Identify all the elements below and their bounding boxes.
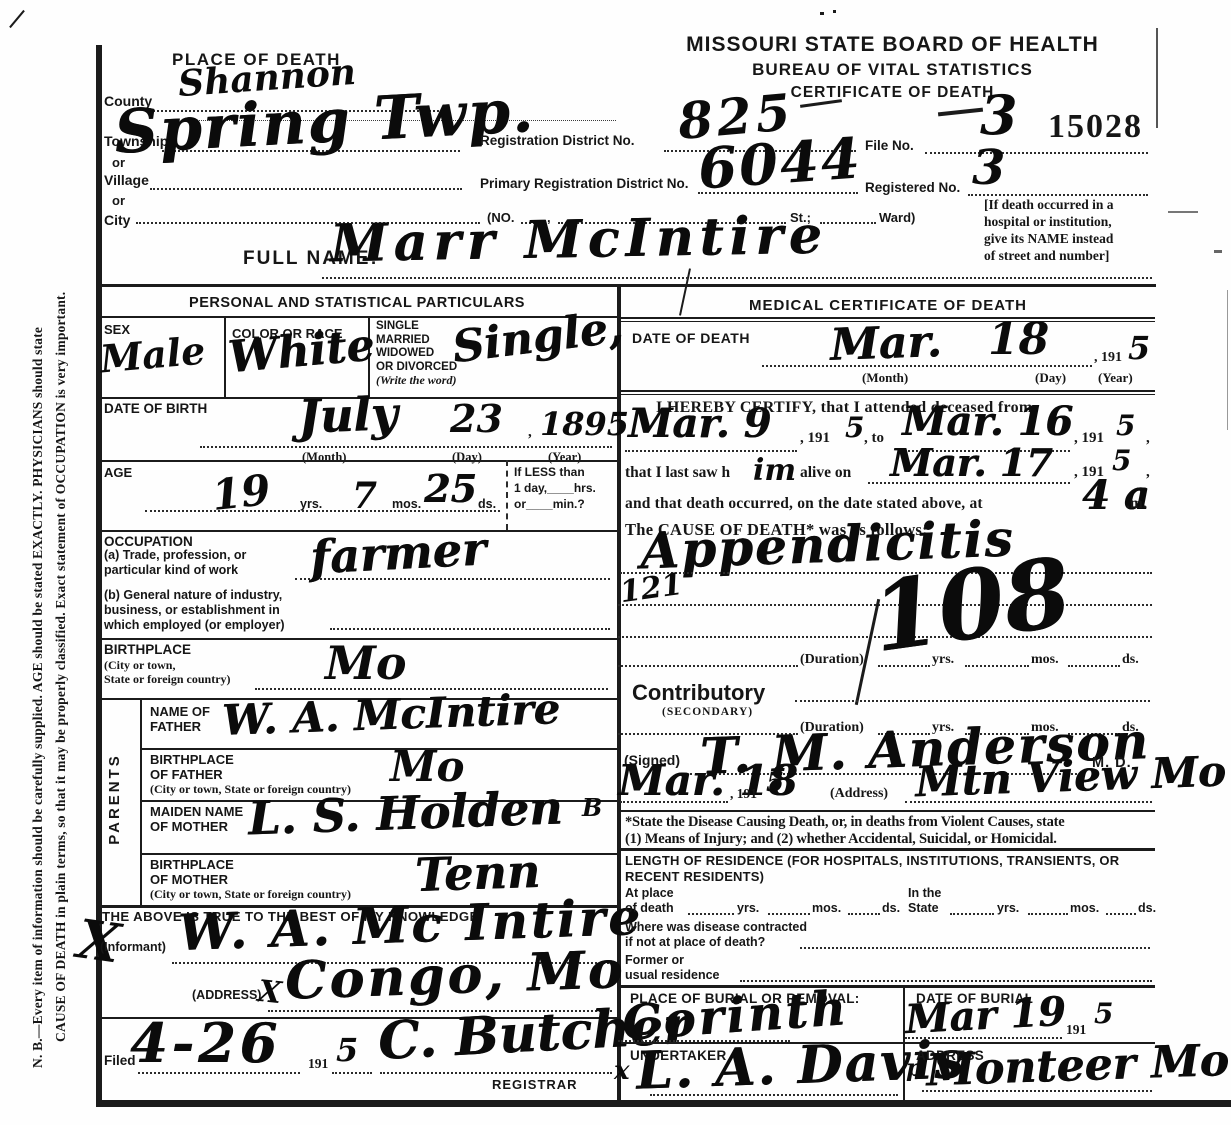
marital-line: WIDOWED (376, 347, 457, 361)
burial-year-handwriting: 5 (1094, 1000, 1113, 1028)
mos-label: mos. (1070, 901, 1099, 915)
date-of-death-label: DATE OF DEATH (632, 330, 750, 346)
father-bp-line: BIRTHPLACE (150, 752, 234, 767)
address-stray-mark: p (906, 1056, 923, 1080)
row-line (621, 394, 1155, 395)
to-label: , to (864, 430, 884, 447)
scan-artifact (1168, 211, 1198, 213)
registered-no-label: Registered No. (865, 180, 960, 195)
filed-year-handwriting: 5 (336, 1034, 358, 1066)
informant-address-handwriting: Congo, Mo (284, 944, 626, 1008)
father-birthplace-label: BIRTHPLACE OF FATHER (150, 752, 234, 782)
occ-b-line: (b) General nature of industry, (104, 588, 285, 603)
month-caption: (Month) (302, 450, 346, 465)
color-race-handwriting: White (226, 324, 376, 381)
ruled-line (1028, 913, 1068, 915)
row-line (621, 390, 1155, 392)
last-saw-statement: that I last saw h (625, 464, 730, 482)
bp-sub-line: (City or town, (104, 658, 231, 672)
scan-artifact (1156, 28, 1158, 128)
father-bp-line: OF FATHER (150, 767, 234, 782)
birth-year-handwriting: 1895 (540, 408, 629, 440)
row-line (140, 853, 618, 855)
cause-footnote: *State the Disease Causing Death, or, in… (625, 814, 1155, 848)
father-name-handwriting: W. A. McIntire (221, 688, 560, 742)
marital-line: MARRIED (376, 334, 457, 348)
hospital-note-line: [If death occurred in a (984, 196, 1156, 213)
alive-on-label: alive on (800, 464, 851, 482)
ruled-line (925, 152, 1148, 154)
marital-line: OR DIVORCED (376, 361, 457, 375)
filed-date-handwriting: 4-26 (130, 1016, 281, 1070)
occupation-label: OCCUPATION (104, 534, 193, 549)
ruled-line (795, 700, 1150, 702)
year-printed: 191 (1066, 1022, 1086, 1038)
file-no-handwriting: 3 (980, 88, 1018, 142)
hospital-note: [If death occurred in a hospital or inst… (984, 196, 1156, 264)
stray-mark: B (582, 796, 602, 820)
year-handwriting: 5 (1112, 447, 1131, 475)
bp-sub-line: State or foreign country) (104, 672, 231, 686)
medical-section-title: MEDICAL CERTIFICATE OF DEATH (621, 297, 1155, 314)
township-handwriting: Spring Twp. (113, 81, 536, 163)
ds-label: ds. (1122, 652, 1139, 668)
where-line: if not at place of death? (625, 935, 807, 950)
if-less-than-label: If LESS than 1 day,____hrs. or____min.? (514, 464, 596, 512)
occupation-handwriting: farmer (309, 525, 487, 580)
margin-note-outer: N. B.—Every item of information should b… (30, 33, 46, 1068)
ruled-line (150, 188, 462, 190)
birth-day-handwriting: 23 (450, 400, 503, 438)
registered-no-handwriting: 3 (972, 144, 1005, 192)
occ-a-line: particular kind of work (104, 563, 246, 578)
him-handwriting: im (753, 456, 796, 486)
city-label: City (104, 212, 130, 228)
row-line (96, 460, 618, 462)
death-certificate-scan: N. B.—Every item of information should b… (0, 0, 1231, 1125)
file-no-label: File No. (865, 138, 914, 153)
attended-from-handwriting: Mar. 9 (628, 404, 771, 444)
death-occurred-statement: and that death occurred, on the date sta… (625, 495, 983, 513)
in-state-label: In the State (908, 886, 941, 916)
ruled-line (688, 913, 734, 915)
mother-bp-line: OF MOTHER (150, 872, 234, 887)
board-title: MISSOURI STATE BOARD OF HEALTH (630, 33, 1155, 57)
ds-label: ds. (1138, 901, 1156, 915)
row-line (621, 848, 1155, 851)
yrs-label: yrs. (997, 901, 1019, 915)
footnote-line: *State the Disease Causing Death, or, in… (625, 814, 1155, 831)
ds-label: ds. (478, 497, 496, 511)
ruled-line (768, 913, 810, 915)
registration-district-label: Registration District No. (480, 133, 635, 148)
ruled-line (620, 801, 728, 803)
duration-label: (Duration) (800, 652, 864, 668)
ruled-line (330, 628, 610, 630)
undertaker-x-mark: x (614, 1058, 630, 1084)
year-printed: , 191 (800, 430, 830, 447)
parents-vertical-label: PARENTS (106, 700, 123, 898)
ruled-line (380, 1072, 612, 1074)
residence-title-line: RECENT RESIDENTS) (625, 869, 1155, 885)
former-line: Former or (625, 953, 720, 968)
stamp-number-handwriting: 108 (866, 545, 1076, 667)
hospital-note-line: hospital or institution, (984, 213, 1156, 230)
full-name-handwriting: Marr McIntire (330, 210, 829, 271)
mother-label-line: MAIDEN NAME (150, 804, 243, 819)
ruled-line (965, 665, 1029, 667)
death-month-handwriting: Mar. (829, 320, 942, 368)
ruled-line (740, 980, 1152, 982)
address-x-mark: X (256, 977, 282, 1009)
in-state-line: In the (908, 886, 941, 901)
age-days-handwriting: 25 (424, 470, 477, 508)
informant-label: (Informant) (100, 940, 166, 954)
father-name-label: NAME OF FATHER (150, 704, 210, 734)
pen-flourish (938, 108, 983, 117)
registrar-label: REGISTRAR (492, 1077, 578, 1092)
former-line: usual residence (625, 968, 720, 983)
birthplace-sub-label: (City or town, State or foreign country) (104, 658, 231, 686)
ds-label: ds. (882, 901, 900, 915)
father-birthplace-handwriting: Mo (390, 746, 465, 788)
at-place-label: At place of death (625, 886, 674, 916)
cell-divider (224, 316, 226, 398)
age-years-handwriting: 19 (210, 469, 273, 517)
day-caption: (Day) (452, 450, 482, 465)
undertaker-address-handwriting: Monteer Mo. (925, 1038, 1231, 1093)
margin-note-inner: CAUSE OF DEATH in plain terms, so that i… (53, 82, 69, 1042)
ruled-line (820, 222, 876, 224)
ruled-line (878, 665, 930, 667)
yrs-label: yrs. (300, 497, 322, 511)
or-label: or (112, 193, 125, 208)
physician-address-handwriting: Mtn View Mo (914, 751, 1226, 804)
mother-birthplace-label: BIRTHPLACE OF MOTHER (150, 857, 234, 887)
comma: , (528, 424, 532, 441)
sex-handwriting: Male (99, 331, 207, 378)
former-residence-label: Former or usual residence (625, 953, 720, 983)
mother-bp-line: BIRTHPLACE (150, 857, 234, 872)
village-label: Village (104, 172, 149, 188)
footnote-line: (1) Means of Injury; and (2) whether Acc… (625, 831, 1155, 848)
age-months-handwriting: 7 (352, 478, 377, 514)
file-no-stamp: 15028 (1048, 108, 1143, 146)
father-label-line: NAME OF (150, 704, 210, 719)
day-caption: (Day) (1035, 370, 1066, 386)
in-state-line: State (908, 901, 941, 916)
year-printed: , 191 (1074, 430, 1104, 447)
marital-line: SINGLE (376, 320, 457, 334)
ruled-line (848, 913, 880, 915)
hospital-note-line: of street and number] (984, 247, 1156, 264)
cell-divider (506, 460, 508, 530)
residence-title-line: LENGTH OF RESIDENCE (FOR HOSPITALS, INST… (625, 853, 1155, 869)
date-of-birth-label: DATE OF BIRTH (104, 401, 207, 416)
ruled-line (332, 1072, 372, 1074)
if-less-line: If LESS than (514, 464, 596, 480)
bureau-title: BUREAU OF VITAL STATISTICS (630, 60, 1155, 80)
death-year-handwriting: 5 (1128, 332, 1150, 364)
ruled-line (1106, 913, 1136, 915)
mother-maiden-label: MAIDEN NAME OF MOTHER (150, 804, 243, 834)
age-label: AGE (104, 465, 132, 480)
occ-a-line: (a) Trade, profession, or (104, 548, 246, 563)
at-place-line: of death (625, 901, 674, 916)
at-place-line: At place (625, 886, 674, 901)
ruled-line (625, 450, 797, 452)
mos-label: mos. (392, 497, 421, 511)
year-caption: (Year) (1098, 370, 1133, 386)
ward-label: Ward) (879, 210, 915, 225)
ruled-line (950, 913, 994, 915)
filed-year-printed: 191 (308, 1056, 328, 1072)
row-line (621, 810, 1155, 812)
marital-status-label: SINGLE MARRIED WIDOWED OR DIVORCED (Writ… (376, 320, 457, 388)
month-caption: (Month) (862, 370, 908, 386)
occupation-a-label: (a) Trade, profession, or particular kin… (104, 548, 246, 578)
birth-month-handwriting: July (297, 390, 398, 439)
cause-note-handwriting: 121 (618, 570, 684, 608)
mother-maiden-handwriting: L. S. Holden (247, 785, 563, 842)
mos-label: mos. (812, 901, 841, 915)
mother-label-line: OF MOTHER (150, 819, 243, 834)
birthplace-handwriting: Mo (325, 640, 407, 686)
yrs-label: yrs. (932, 652, 954, 668)
occ-b-line: which employed (or employer) (104, 618, 285, 633)
scan-artifact (1227, 290, 1228, 430)
ruled-line (800, 947, 1150, 949)
primary-registration-label: Primary Registration District No. (480, 176, 689, 191)
write-the-word-caption: (Write the word) (376, 374, 457, 388)
year-printed: , 191 (1094, 350, 1122, 366)
birthplace-label: BIRTHPLACE (104, 642, 191, 657)
primary-registration-handwriting: 6044 (696, 130, 863, 197)
year-printed: , 191 (730, 786, 757, 802)
year-handwriting: 5 (766, 770, 784, 796)
if-less-line: 1 day,____hrs. (514, 480, 596, 496)
occupation-b-label: (b) General nature of industry, business… (104, 588, 285, 633)
year-handwriting: 5 (845, 414, 864, 442)
ruled-line (1068, 665, 1120, 667)
ruled-line (322, 277, 1152, 279)
attended-to-handwriting: Mar. 16 (902, 402, 1073, 442)
year-caption: (Year) (548, 450, 581, 465)
address-label: (Address) (830, 786, 888, 802)
scan-artifact (820, 12, 824, 15)
mos-label: mos. (1031, 652, 1059, 668)
ruled-line (618, 665, 798, 667)
row-line (140, 748, 618, 750)
comma: , (1146, 430, 1150, 447)
scan-artifact (9, 10, 25, 28)
secondary-caption: (SECONDARY) (662, 706, 753, 718)
occ-b-line: business, or establishment in (104, 603, 285, 618)
father-label-line: FATHER (150, 719, 210, 734)
personal-section-title: PERSONAL AND STATISTICAL PARTICULARS (96, 295, 618, 311)
year-handwriting: 5 (1116, 412, 1135, 440)
yrs-label: yrs. (737, 901, 759, 915)
contributory-label: Contributory (632, 680, 765, 706)
scan-artifact (1214, 250, 1222, 253)
hospital-note-line: give its NAME instead (984, 230, 1156, 247)
bottom-border (96, 1100, 1231, 1107)
header-divider (96, 284, 1156, 287)
where-line: Where was disease contracted (625, 920, 807, 935)
informant-address-label: (ADDRESS) (192, 988, 261, 1002)
if-less-line: or____min.? (514, 496, 596, 512)
residence-title: LENGTH OF RESIDENCE (FOR HOSPITALS, INST… (625, 853, 1155, 885)
where-contracted-label: Where was disease contracted if not at p… (625, 920, 807, 950)
death-day-handwriting: 18 (988, 318, 1049, 362)
scan-artifact (833, 10, 836, 13)
last-seen-date-handwriting: Mar. 17 (890, 444, 1053, 482)
ruled-line (650, 1094, 898, 1096)
row-line (621, 985, 1155, 988)
ruled-line (922, 1090, 1152, 1092)
ruled-line (200, 446, 612, 448)
m-label: .m. (1126, 495, 1147, 513)
